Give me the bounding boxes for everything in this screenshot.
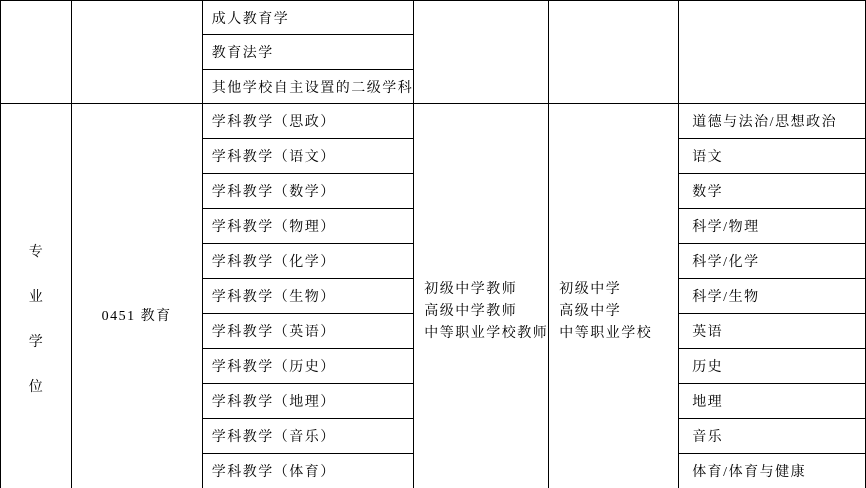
teaching-subject-cell-empty	[679, 1, 866, 104]
teaching-subject-cell: 科学/物理	[679, 209, 866, 244]
teacher-certificate-line: 高级中学教师	[424, 301, 548, 323]
school-levels-cell: 初级中学 高级中学 中等职业学校	[549, 104, 679, 488]
vertical-label: 专 业 学 位	[29, 230, 43, 410]
code-label: 0451 教育	[102, 305, 172, 325]
teaching-subject-cell: 体育/体育与健康	[679, 454, 866, 488]
vertical-label-char: 学	[29, 320, 43, 365]
teacher-certificate-line: 初级中学教师	[424, 279, 548, 301]
code-cell-education: 0451 教育	[71, 104, 202, 488]
teaching-subject-cell: 英语	[679, 314, 866, 349]
category-cell-professional-degree: 专 业 学 位	[1, 104, 72, 488]
specialization-cell: 学科教学（生物）	[202, 279, 414, 314]
degree-subjects-table: 成人教育学 教育法学 其他学校自主设置的二级学科 专 业 学 位	[0, 0, 866, 488]
school-level-line: 初级中学	[559, 279, 652, 301]
school-level-line: 高级中学	[559, 301, 652, 323]
specialization-cell: 学科教学（数学）	[202, 174, 414, 209]
teaching-subject-cell: 科学/生物	[679, 279, 866, 314]
teacher-cert-cell-empty	[414, 1, 549, 104]
specialization-cell: 学科教学（物理）	[202, 209, 414, 244]
teacher-certificates-cell: 初级中学教师 高级中学教师 中等职业学校教师	[414, 104, 549, 488]
discipline-cell: 成人教育学	[202, 1, 414, 35]
specialization-cell: 学科教学（语文）	[202, 139, 414, 174]
teaching-subject-cell: 科学/化学	[679, 244, 866, 279]
category-cell-empty	[1, 1, 72, 104]
school-level-line: 中等职业学校	[559, 323, 652, 345]
table-row: 成人教育学	[1, 1, 866, 35]
specialization-cell: 学科教学（体育）	[202, 454, 414, 488]
vertical-label-char: 专	[29, 230, 43, 275]
vertical-label-char: 位	[29, 365, 43, 410]
school-levels-list: 初级中学 高级中学 中等职业学校	[559, 279, 652, 345]
teaching-subject-cell: 地理	[679, 384, 866, 419]
discipline-cell: 其他学校自主设置的二级学科	[202, 70, 414, 104]
teaching-subject-cell: 语文	[679, 139, 866, 174]
teaching-subject-cell: 道德与法治/思想政治	[679, 104, 866, 139]
teaching-subject-cell: 音乐	[679, 419, 866, 454]
specialization-cell: 学科教学（英语）	[202, 314, 414, 349]
code-cell-empty	[71, 1, 202, 104]
specialization-cell: 学科教学（化学）	[202, 244, 414, 279]
teacher-certificate-line: 中等职业学校教师	[424, 323, 548, 345]
specialization-cell: 学科教学（思政）	[202, 104, 414, 139]
vertical-label-char: 业	[29, 275, 43, 320]
specialization-cell: 学科教学（历史）	[202, 349, 414, 384]
specialization-cell: 学科教学（音乐）	[202, 419, 414, 454]
specialization-cell: 学科教学（地理）	[202, 384, 414, 419]
discipline-cell: 教育法学	[202, 35, 414, 70]
table-row: 专 业 学 位 0451 教育 学科教学（思政） 初级中学教师 高级中学教师 中…	[1, 104, 866, 139]
school-level-cell-empty	[549, 1, 679, 104]
document-page: 成人教育学 教育法学 其他学校自主设置的二级学科 专 业 学 位	[0, 0, 866, 488]
teacher-certificates-list: 初级中学教师 高级中学教师 中等职业学校教师	[424, 279, 548, 345]
teaching-subject-cell: 历史	[679, 349, 866, 384]
teaching-subject-cell: 数学	[679, 174, 866, 209]
